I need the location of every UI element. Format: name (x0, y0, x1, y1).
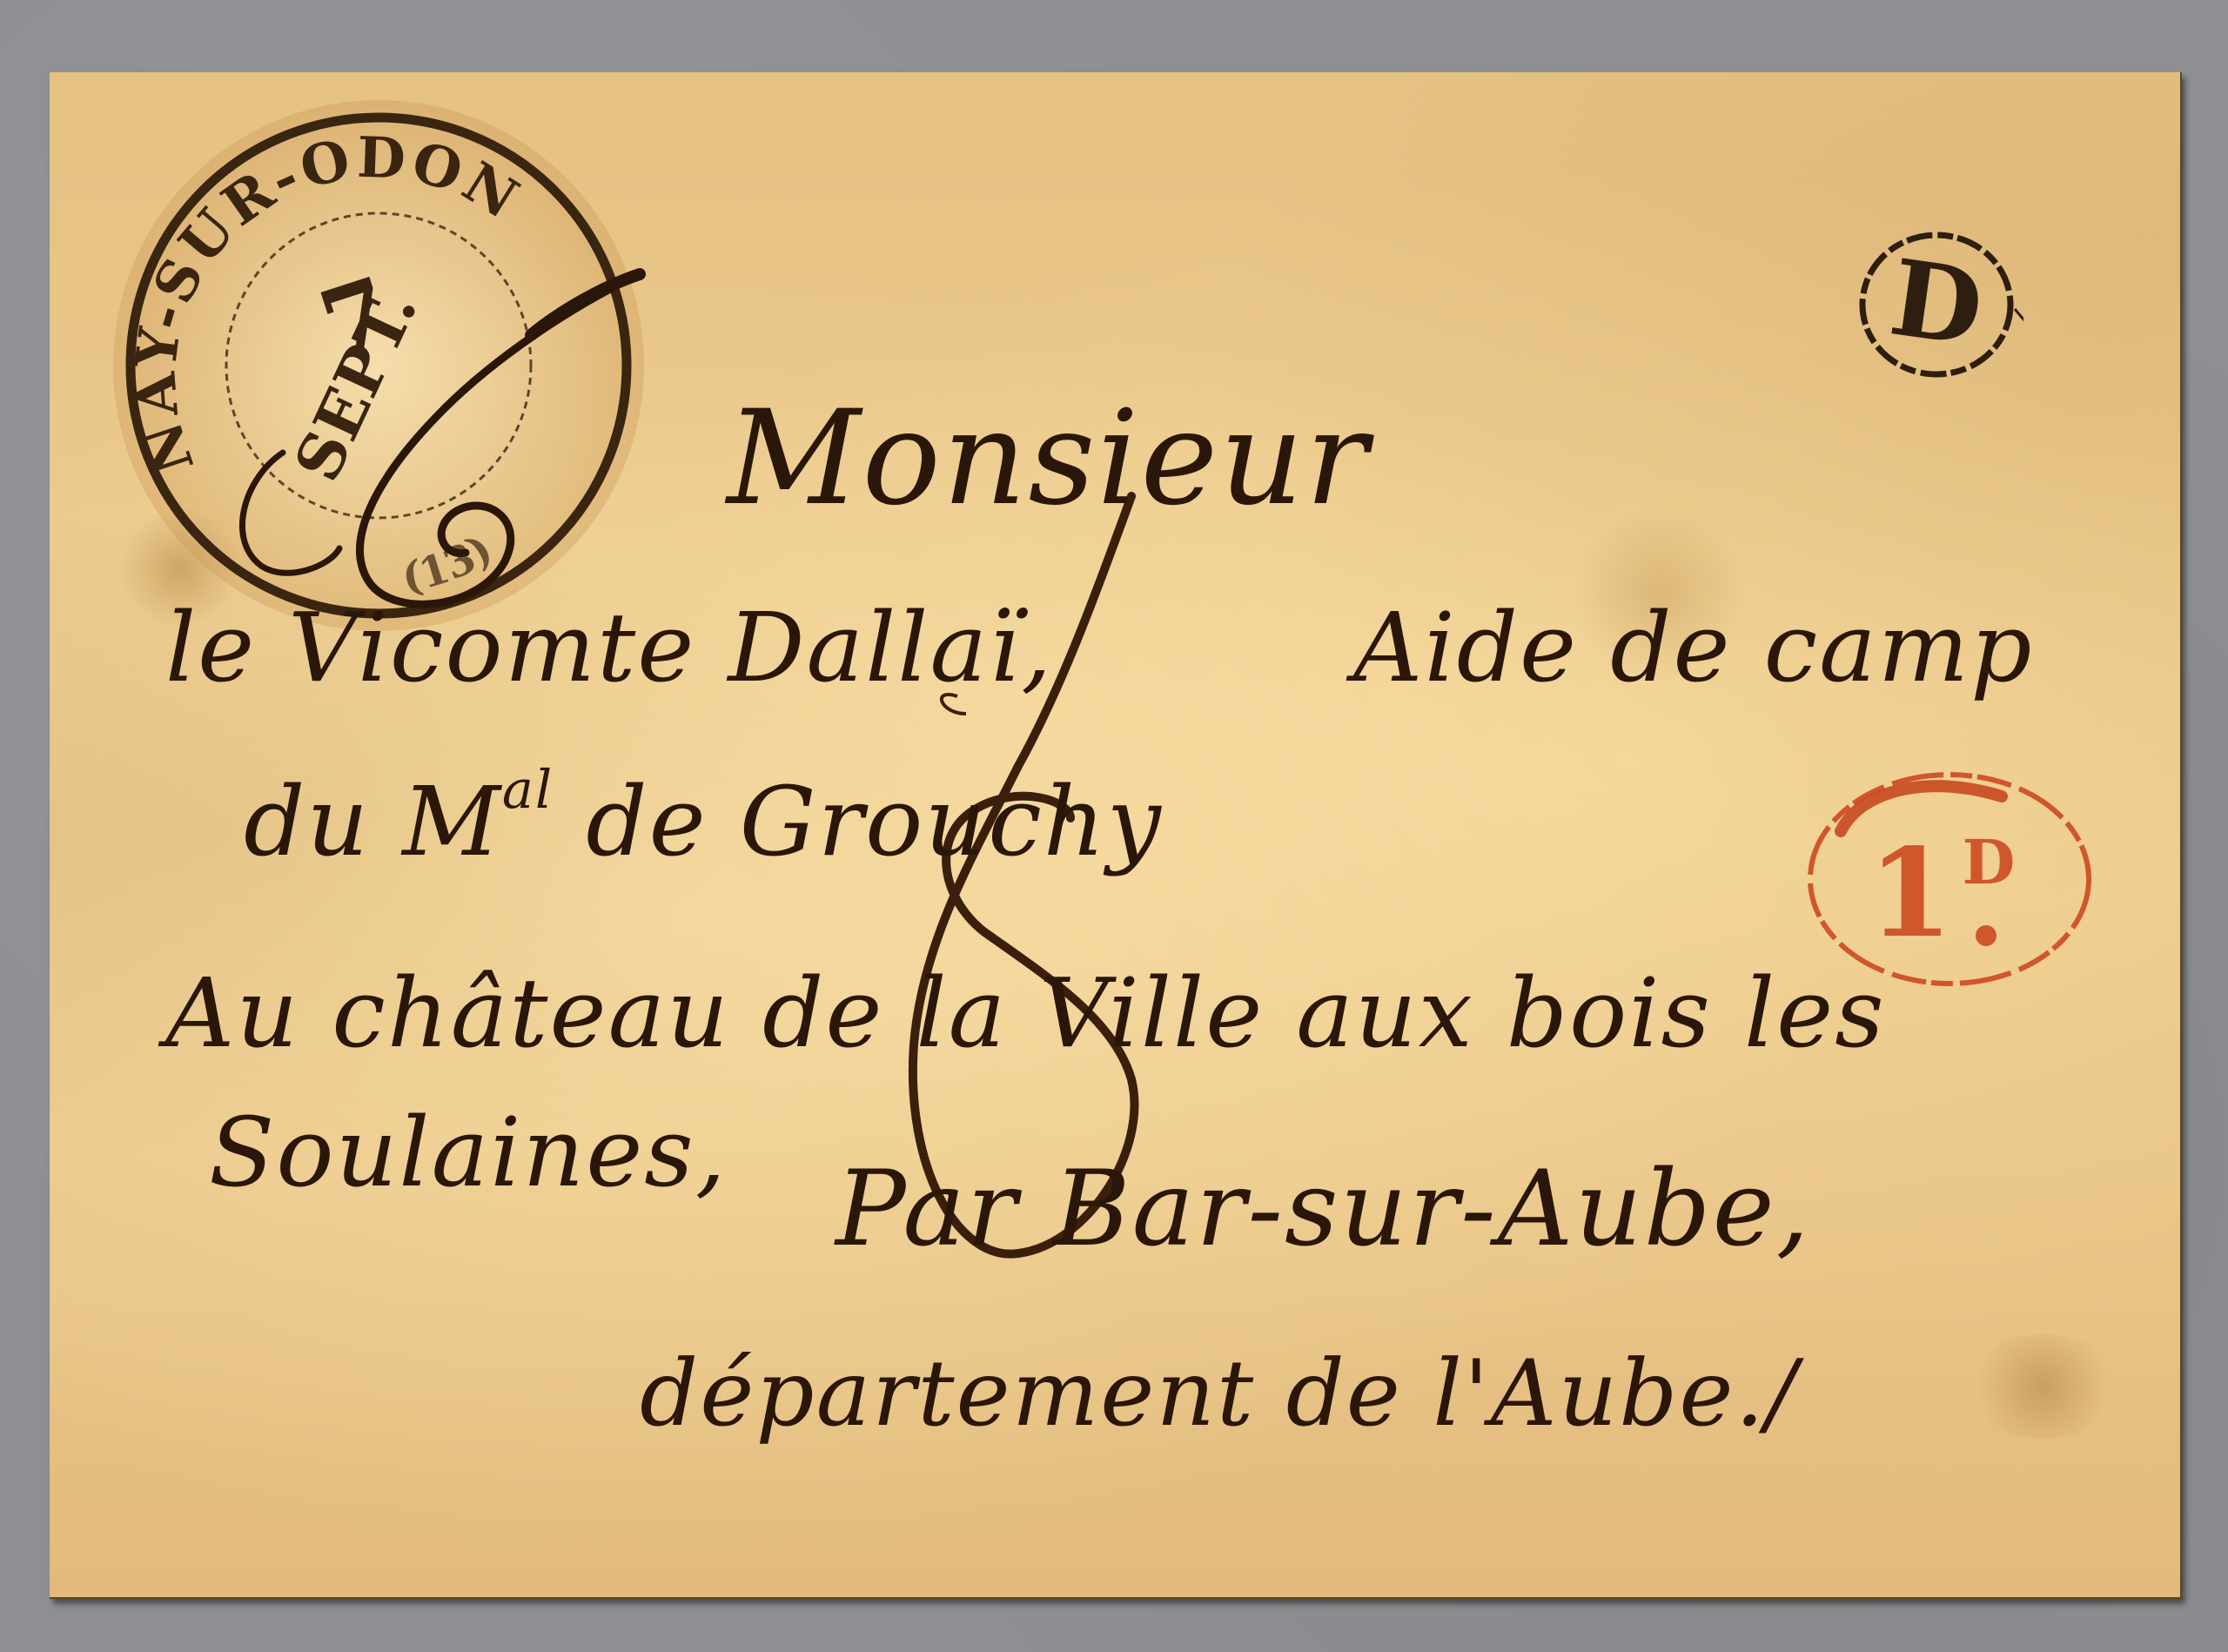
red-stamp-dot (1976, 925, 1996, 946)
address-line-1: Monsieur (727, 383, 1370, 534)
address-line-5a: Soulaines, (209, 1097, 728, 1208)
address-line-3-prefix: du M (244, 766, 502, 877)
address-line-3: du Mal de Grouchy (244, 766, 1163, 877)
manuscript-rate-6 (191, 252, 679, 618)
address-line-3-suffix: de Grouchy (554, 766, 1163, 877)
d-stamp-letter: D (1883, 236, 1990, 370)
address-line-5b: Par Bar-sur-Aube, (835, 1149, 1811, 1270)
red-stamp-sup: D (1963, 826, 2016, 898)
address-line-2a: le Vicomte Dallaï, (165, 592, 1053, 703)
red-stamp-number: 1 (1868, 823, 1952, 965)
address-line-2b: Aide de camp (1353, 592, 2034, 703)
address-line-6: département de l'Aube./ (640, 1340, 1798, 1447)
address-line-4: Au château de la Ville aux bois les (165, 957, 1886, 1069)
address-line-3-sup: al (502, 760, 554, 821)
d-handstamp: D (1849, 222, 2023, 387)
foxing-stain (1964, 1334, 2121, 1439)
